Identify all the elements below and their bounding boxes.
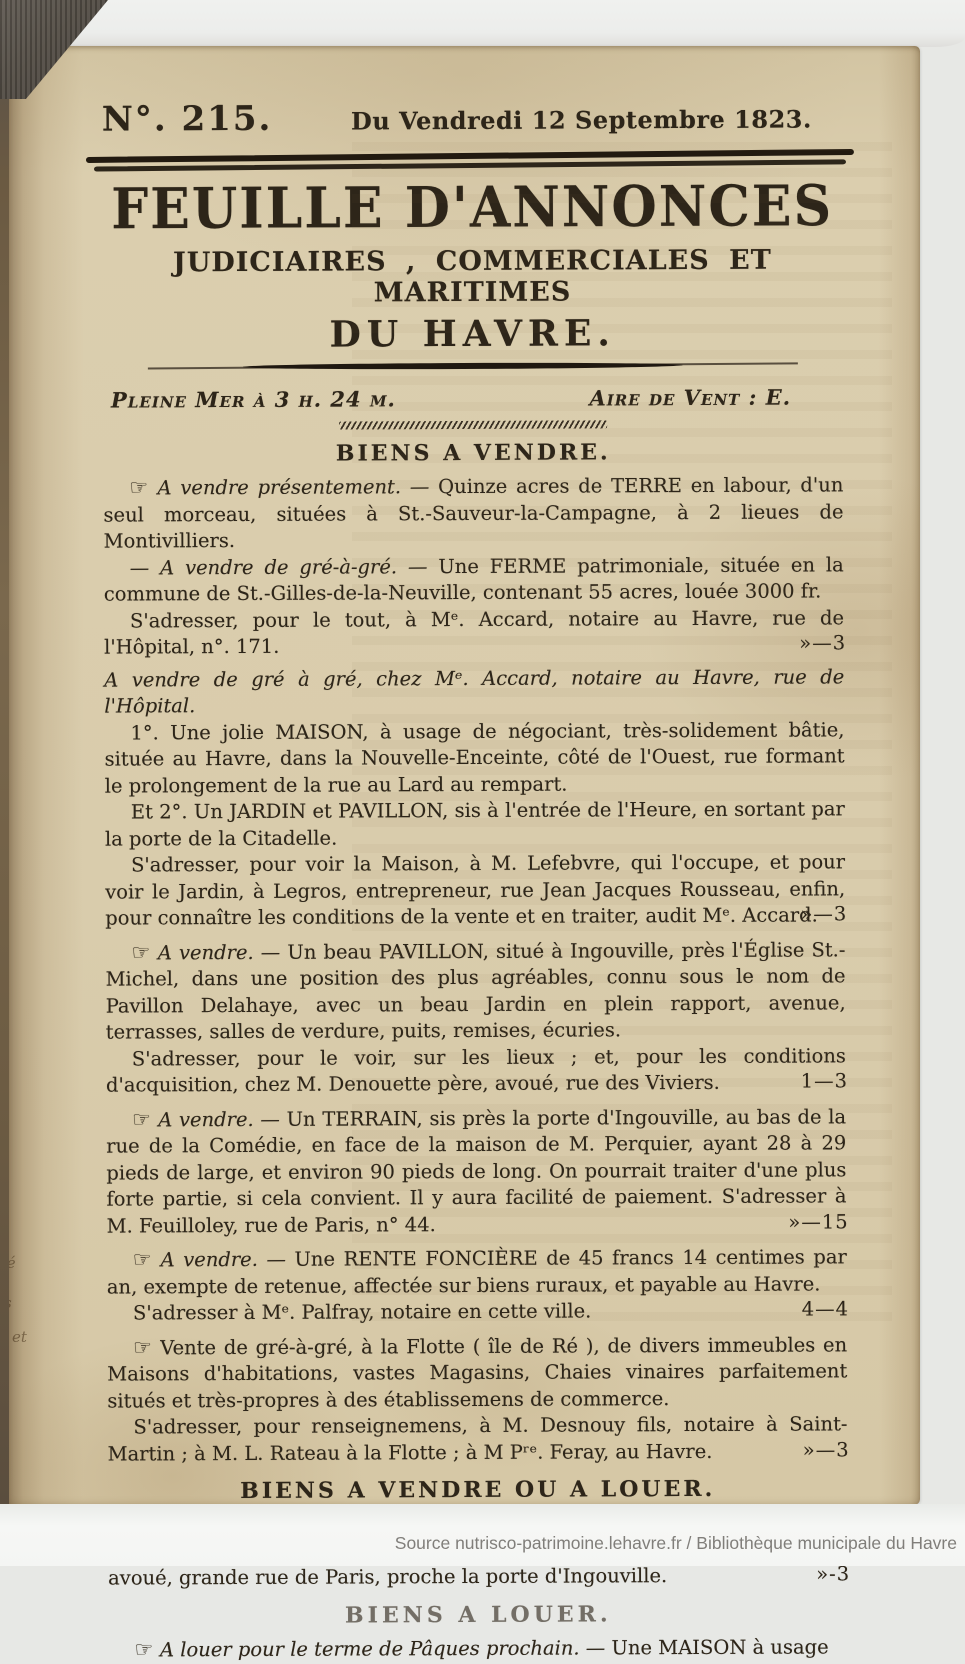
tide-info: Pleine Mer à 3 h. 24 m. [111, 386, 396, 412]
ad-text: S'adresser, pour le voir, sur les lieux … [106, 1044, 846, 1097]
issue-number: N°. 215. [102, 99, 273, 140]
footer-band: Source nutrisco-patrimoine.lehavre.fr / … [0, 1504, 965, 1566]
ad-text: S'adresser à Mᵉ. Palfray, notaire en cet… [133, 1299, 591, 1324]
classified-ad: S'adresser à Mᵉ. Palfray, notaire en cet… [107, 1297, 847, 1327]
ad-text: S'adresser, pour voir la Maison, à M. Le… [105, 850, 845, 929]
ad-text: S'adresser, pour le tout, à Mᵉ. Accard, … [104, 606, 844, 659]
source-credit: Source nutrisco-patrimoine.lehavre.fr / … [395, 1533, 957, 1554]
masthead-place: DU HAVRE. [103, 311, 843, 356]
info-row: Pleine Mer à 3 h. 24 m. Aire de Vent : E… [103, 384, 843, 412]
ad-lead: A vendre présentement. — [157, 475, 438, 499]
manicule-icon: ☞ [133, 1247, 161, 1271]
ad-reference-tag: »—3 [799, 630, 846, 657]
classified-ad: 1°. Une jolie MAISON, à usage de négocia… [104, 717, 844, 800]
ad-reference-tag: 4—4 [802, 1296, 849, 1323]
ad-lead: — A vendre de gré-à-gré. — [130, 555, 439, 579]
classified-ad: S'adresser, pour voir la Maison, à M. Le… [105, 849, 845, 932]
book-binding-strip [0, 0, 9, 1506]
ad-reference-tag: »—3 [800, 901, 847, 928]
classified-ad: S'adresser, pour le voir, sur les lieux … [106, 1043, 846, 1099]
ad-reference-tag: »—3 [803, 1437, 850, 1464]
article-list: BIENS A VENDRE.☞ A vendre présentement. … [103, 438, 848, 1566]
ad-lead: A vendre de gré à gré, chez Mᵉ. Accard, … [104, 665, 844, 718]
manicule-icon: ☞ [129, 475, 157, 499]
classified-ad: ☞ Vente de gré-à-gré, à la Flotte ( île … [107, 1331, 847, 1415]
classified-ad: S'adresser, pour renseignemens, à M. Des… [107, 1411, 847, 1467]
ad-reference-tag: 1—3 [801, 1068, 848, 1095]
manicule-icon: ☞ [132, 1107, 158, 1131]
page-content: N°. 215. Du Vendredi 12 Septembre 1823. … [4, 44, 923, 1566]
classified-ad: A vendre de gré à gré, chez Mᵉ. Accard, … [104, 664, 844, 720]
page-header: N°. 215. Du Vendredi 12 Septembre 1823. [102, 96, 842, 139]
classified-ad: ☞ A vendre. — Un beau PAVILLON, situé à … [105, 936, 845, 1046]
ad-lead: A vendre. — [161, 1248, 295, 1272]
masthead-subtitle: JUDICIAIRES , COMMERCIALES ET MARITIMES [102, 244, 842, 309]
masthead-title: FEUILLE D'ANNONCES [95, 173, 850, 242]
ad-lead: A vendre. — [158, 1107, 287, 1131]
ad-text: 1°. Une jolie MAISON, à usage de négocia… [105, 718, 845, 797]
book-scan: N°. 215. Du Vendredi 12 Septembre 1823. … [0, 0, 965, 1566]
manicule-icon: ☞ [131, 940, 158, 964]
ad-text: S'adresser, pour renseignemens, à M. Des… [108, 1412, 848, 1465]
section-heading: BIENS A VENDRE OU A LOUER. [108, 1475, 848, 1504]
date-line: Du Vendredi 12 Septembre 1823. [351, 104, 812, 135]
classified-ad: ☞ A vendre présentement. — Quinze acres … [103, 471, 843, 555]
manicule-icon: ☞ [133, 1335, 160, 1359]
newspaper-page: N°. 215. Du Vendredi 12 Septembre 1823. … [8, 46, 920, 1505]
ad-text: Et 2°. Un JARDIN et PAVILLON, sis à l'en… [105, 797, 845, 850]
classified-ad: S'adresser, pour le tout, à Mᵉ. Accard, … [104, 605, 844, 661]
classified-ad: Et 2°. Un JARDIN et PAVILLON, sis à l'en… [105, 796, 845, 852]
gutter-bleed-mark: et [12, 1328, 27, 1346]
underlying-sheet-edge [28, 0, 965, 47]
section-heading: BIENS A VENDRE. [103, 438, 843, 467]
classified-ad: ☞ A vendre. — Une RENTE FONCIÈRE de 45 f… [107, 1243, 847, 1300]
ad-reference-tag: »—15 [788, 1209, 848, 1236]
ad-text: Vente de gré-à-gré, à la Flotte ( île de… [107, 1333, 847, 1412]
classified-ad: — A vendre de gré-à-gré. — Une FERME pat… [104, 552, 844, 608]
classified-ad: ☞ A vendre. — Un TERRAIN, sis près la po… [106, 1103, 847, 1240]
wind-info: Aire de Vent : E. [589, 385, 791, 411]
squiggle-divider [339, 420, 607, 429]
swelled-rule [148, 361, 798, 373]
ad-lead: A vendre. — [158, 940, 288, 964]
